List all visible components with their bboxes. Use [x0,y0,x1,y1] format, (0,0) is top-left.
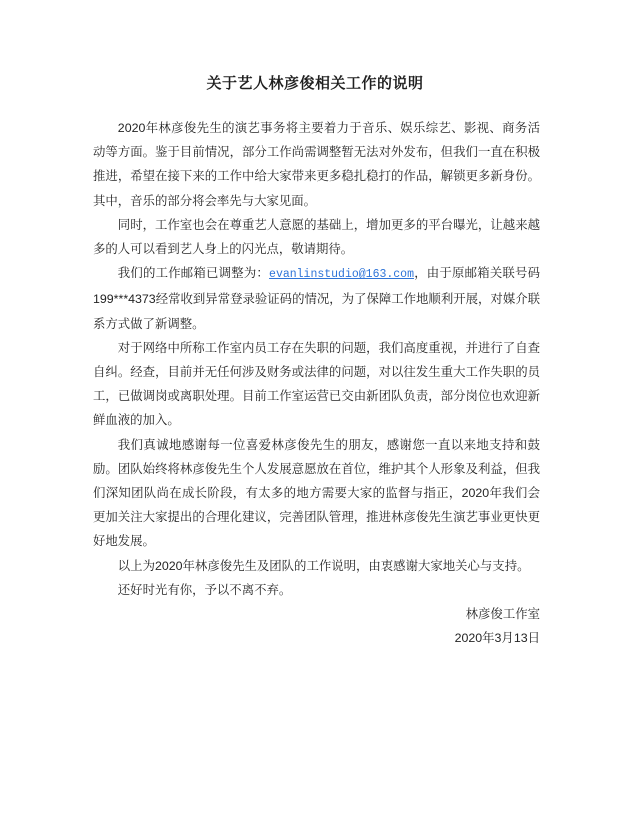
paragraph-email-change: 我们的工作邮箱已调整为：evanlinstudio@163.com，由于原邮箱关… [93,261,540,336]
signature-date: 2020年3月13日 [93,626,540,650]
paragraph-work-plan: 2020年林彦俊先生的演艺事务将主要着力于音乐、娱乐综艺、影视、商务活动等方面。… [93,116,540,213]
paragraph-closing: 以上为2020年林彦俊先生及团队的工作说明，由衷感谢大家地关心与支持。 [93,554,540,578]
document-title: 关于艺人林彦俊相关工作的说明 [0,72,630,93]
paragraph-motto: 还好时光有你，予以不离不弃。 [93,578,540,602]
email-paragraph-prefix: 我们的工作邮箱已调整为： [118,266,269,280]
document-page: 关于艺人林彦俊相关工作的说明 2020年林彦俊先生的演艺事务将主要着力于音乐、娱… [0,0,630,815]
paragraph-platform-exposure: 同时，工作室也会在尊重艺人意愿的基础上，增加更多的平台曝光，让越来越多的人可以看… [93,213,540,261]
signature: 林彦俊工作室 [93,602,540,626]
email-link[interactable]: evanlinstudio@163.com [269,268,414,281]
document-body: 2020年林彦俊先生的演艺事务将主要着力于音乐、娱乐综艺、影视、商务活动等方面。… [93,116,540,650]
paragraph-thanks-fans: 我们真诚地感谢每一位喜爱林彦俊先生的朋友，感谢您一直以来地支持和鼓励。团队始终将… [93,433,540,554]
paragraph-staff-issue: 对于网络中所称工作室内员工存在失职的问题，我们高度重视，并进行了自查自纠。经查，… [93,336,540,433]
